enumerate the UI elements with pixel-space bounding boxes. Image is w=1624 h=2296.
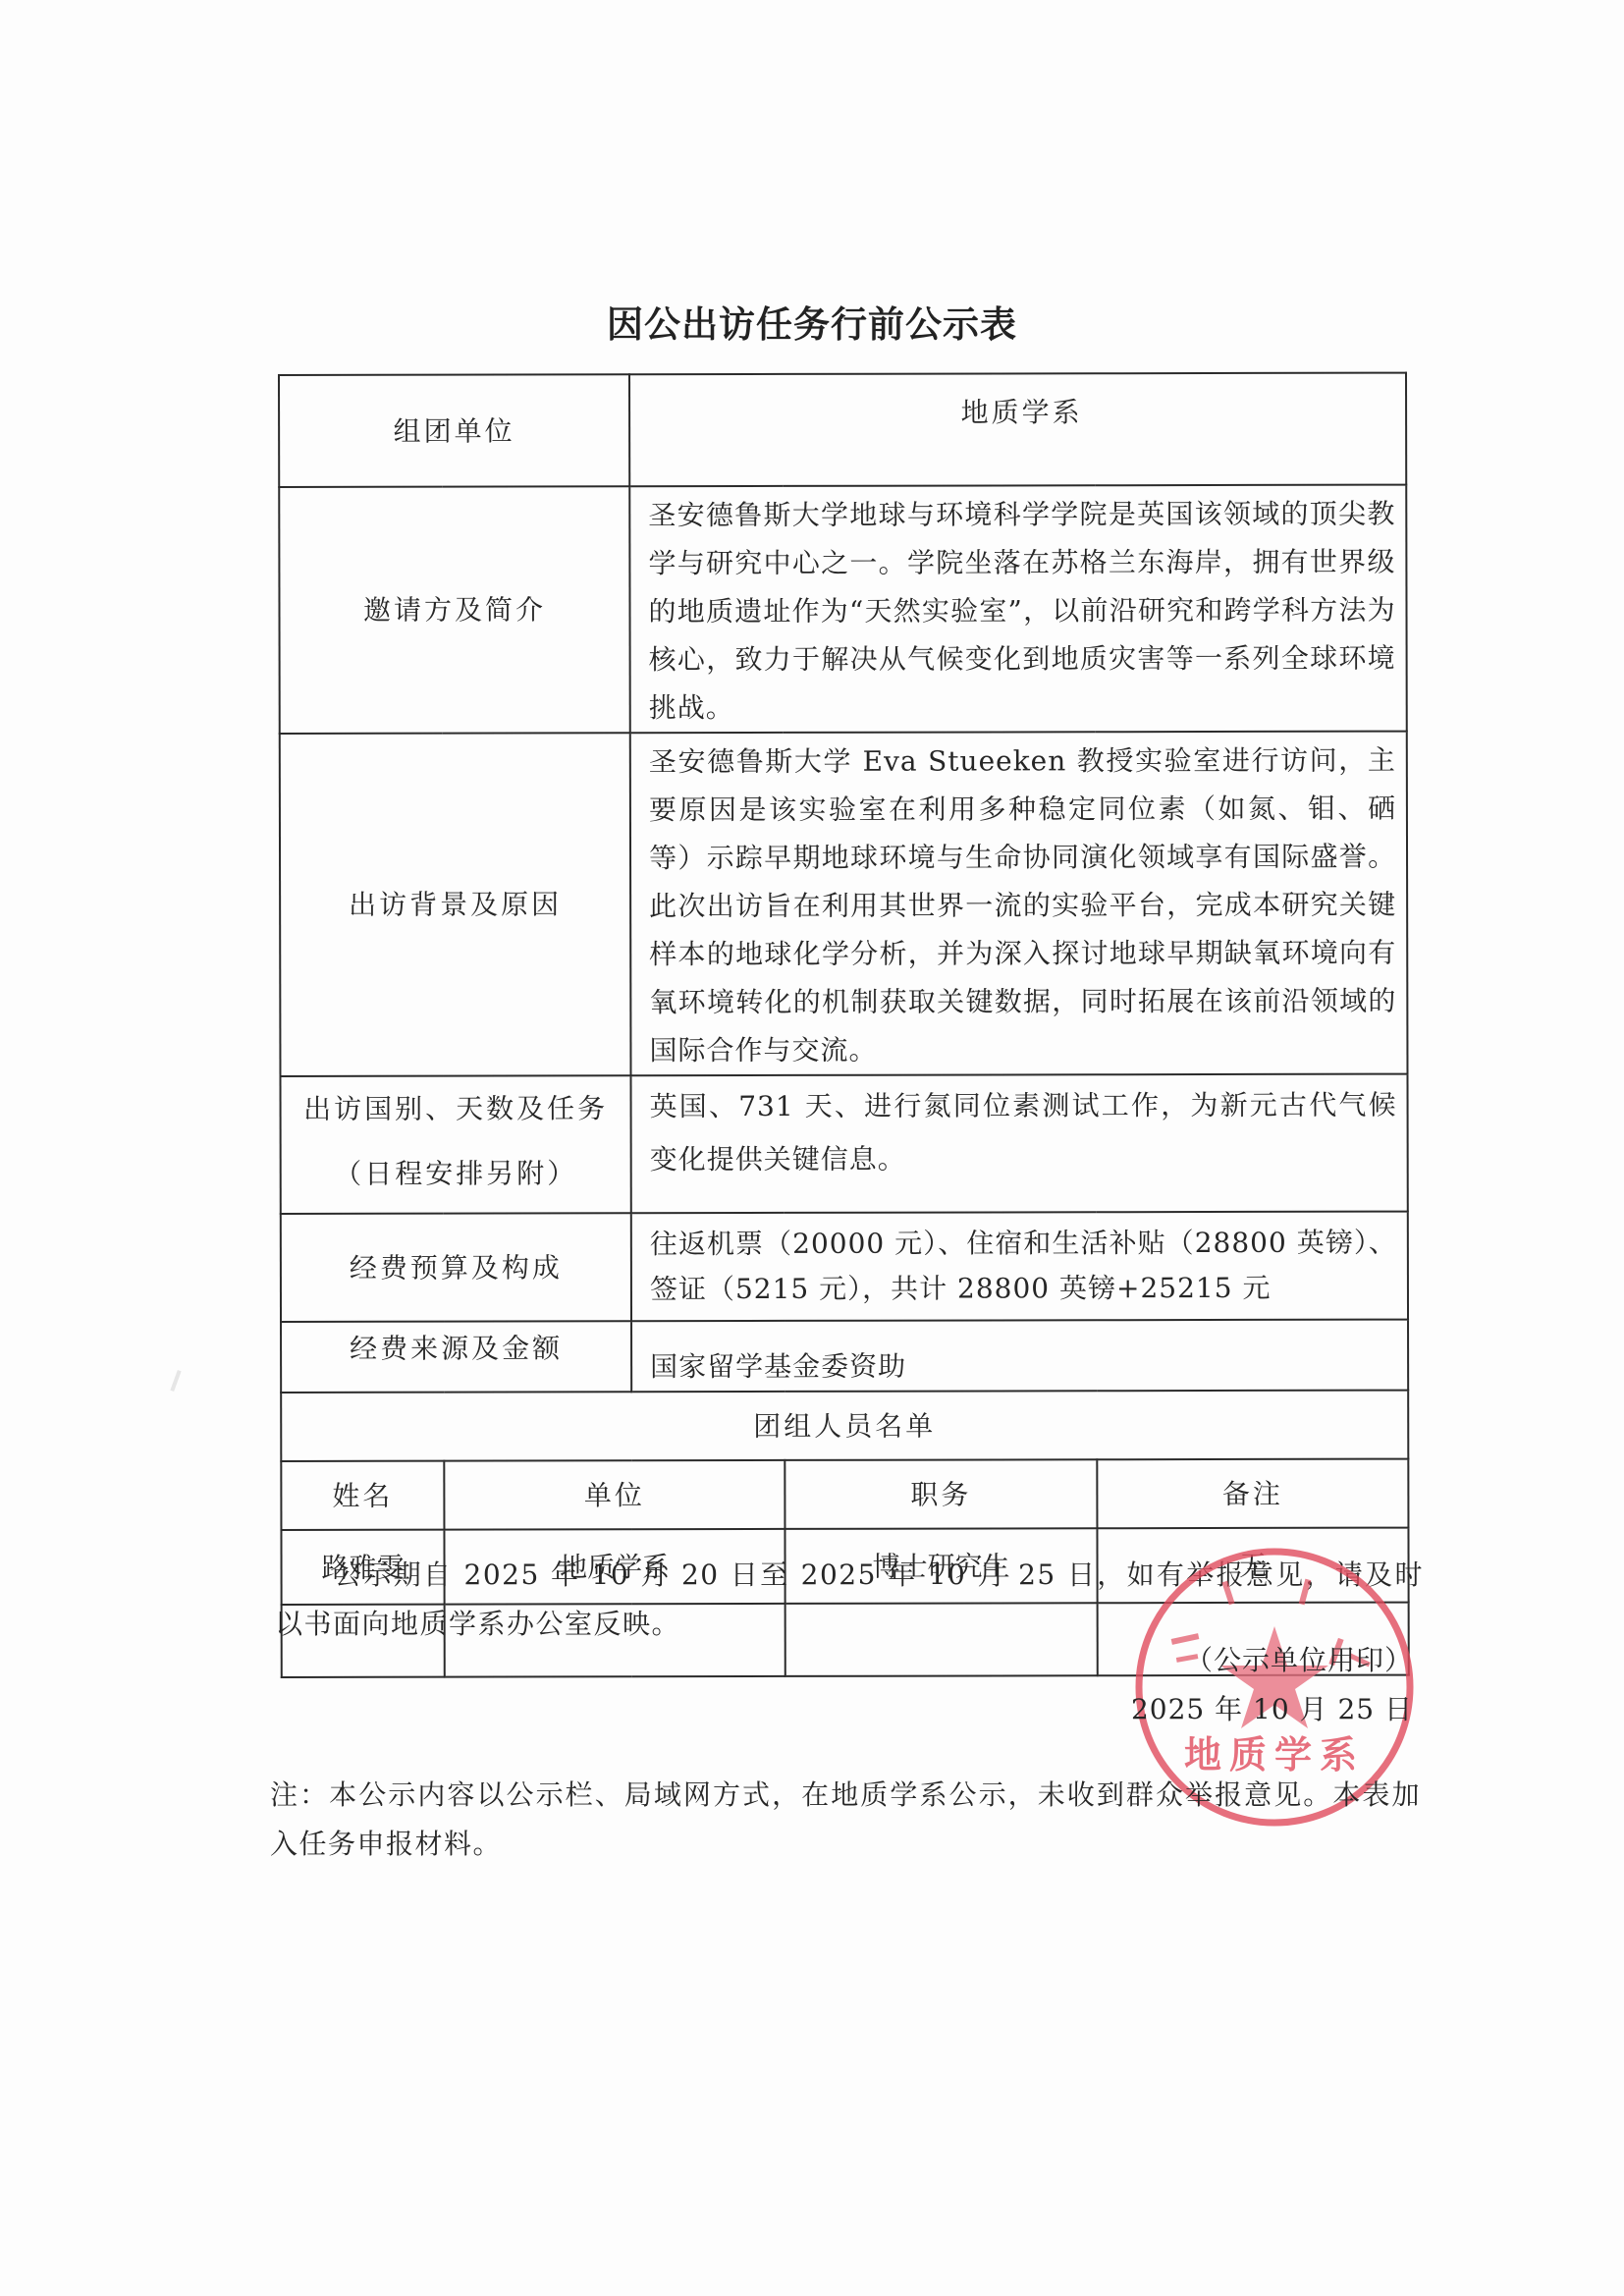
field-label: 组团单位 — [279, 374, 629, 487]
document-page: 因公出访任务行前公示表 组团单位 地质学系 邀请方及简介 圣安德鲁斯大学地球与环… — [0, 0, 1624, 2296]
form-row-funding-source: 经费来源及金额 国家留学基金委资助 — [281, 1320, 1408, 1393]
document-title: 因公出访任务行前公示表 — [0, 295, 1624, 348]
column-header-name: 姓名 — [281, 1461, 444, 1530]
field-label: 出访国别、天数及任务 — [281, 1076, 629, 1142]
members-title: 团组人员名单 — [281, 1391, 1408, 1461]
field-label-sub: （日程安排另附） — [282, 1141, 630, 1207]
signature-block: （公示单位用印） 2025 年 10 月 25 日 — [1131, 1636, 1413, 1734]
stamp-label: （公示单位用印） — [1131, 1636, 1413, 1685]
field-value: 圣安德鲁斯大学地球与环境科学学院是英国该领域的顶尖教学与研究中心之一。学院坐落在… — [629, 485, 1407, 734]
field-value: 圣安德鲁斯大学 Eva Stueeken 教授实验室进行访问，主要原因是该实验室… — [630, 732, 1408, 1076]
publicity-form-table: 组团单位 地质学系 邀请方及简介 圣安德鲁斯大学地球与环境科学学院是英国该领域的… — [278, 372, 1410, 1678]
footnote: 注：本公示内容以公示栏、局域网方式，在地质学系公示，未收到群众举报意见。本表加入… — [270, 1771, 1421, 1869]
field-label: 经费来源及金额 — [281, 1321, 631, 1393]
form-row-inviter-intro: 邀请方及简介 圣安德鲁斯大学地球与环境科学学院是英国该领域的顶尖教学与研究中心之… — [279, 485, 1407, 734]
field-label: 出访背景及原因 — [280, 733, 631, 1076]
publicity-period-notice: 公示期自 2025 年 10 月 20 日至 2025 年 10 月 25 日，… — [275, 1551, 1424, 1649]
form-row-visit-reason: 出访背景及原因 圣安德鲁斯大学 Eva Stueeken 教授实验室进行访问，主… — [280, 732, 1408, 1076]
field-value: 英国、731 天、进行氮同位素测试工作，为新元古代气候变化提供关键信息。 — [631, 1074, 1408, 1214]
members-header-row: 姓名 单位 职务 备注 — [281, 1459, 1408, 1530]
field-value: 往返机票（20000 元）、住宿和生活补贴（28800 英镑）、签证（5215 … — [631, 1212, 1408, 1322]
field-label: 邀请方及简介 — [279, 486, 630, 734]
members-title-row: 团组人员名单 — [281, 1391, 1408, 1461]
field-value: 地质学系 — [629, 373, 1406, 487]
column-header-unit: 单位 — [444, 1460, 785, 1530]
field-label-group: 出访国别、天数及任务 （日程安排另附） — [280, 1075, 630, 1214]
scan-artifact — [170, 1370, 181, 1392]
form-row-country-days-task: 出访国别、天数及任务 （日程安排另附） 英国、731 天、进行氮同位素测试工作，… — [280, 1074, 1407, 1214]
form-row-organizing-unit: 组团单位 地质学系 — [279, 373, 1406, 487]
column-header-position: 职务 — [785, 1459, 1097, 1529]
column-header-remark: 备注 — [1097, 1459, 1408, 1529]
signature-date: 2025 年 10 月 25 日 — [1131, 1685, 1413, 1734]
field-label: 经费预算及构成 — [281, 1213, 631, 1322]
field-value: 国家留学基金委资助 — [631, 1320, 1408, 1393]
form-row-budget: 经费预算及构成 往返机票（20000 元）、住宿和生活补贴（28800 英镑）、… — [281, 1212, 1408, 1322]
